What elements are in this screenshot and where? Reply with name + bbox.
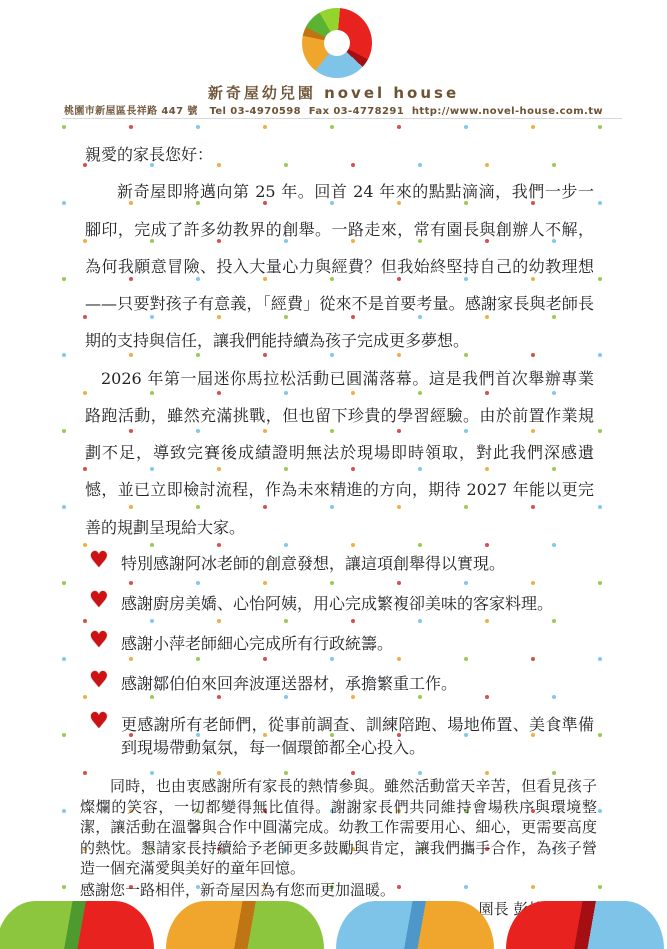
heart-bullet-icon: ♥ [89,590,109,612]
paragraph-marathon: 2026 年第一屆迷你馬拉松活動已圓滿落幕。這是我們首次舉辦專業路跑活動，雖然充… [85,360,594,546]
tel-label: Tel [209,106,226,117]
heart-bullet-icon: ♥ [89,670,109,692]
thanks-text: 感謝小萍老師細心完成所有行政統籌。 [121,634,393,653]
dome-orange-green-icon [166,901,324,949]
dome-blue-orange-icon [336,901,494,949]
fax-value: 03-4778291 [333,106,404,117]
letter-body: 親愛的家長您好： 新奇屋即將邁向第 25 年。回首 24 年來的點點滴滴，我們一… [85,136,594,920]
dome-green-red-icon [0,901,154,949]
thanks-text: 特別感謝阿冰老師的創意發想，讓這項創舉得以實現。 [121,554,505,573]
bottom-dome-border [0,900,667,949]
school-name-zh: 新奇屋幼兒園 [208,84,316,102]
heart-bullet-icon: ♥ [89,711,109,733]
greeting: 親愛的家長您好： [85,136,594,173]
thanks-list: ♥特別感謝阿冰老師的創意發想，讓這項創舉得以實現。 ♥感謝廚房美嬌、心怡阿姨，用… [85,552,594,759]
closing-paragraph: 同時，也由衷感謝所有家長的熱情參與。雖然活動當天辛苦，但看見孩子燦爛的笑容，一切… [80,776,597,879]
heart-bullet-icon: ♥ [89,630,109,652]
header-divider [62,118,622,119]
thanks-text: 感謝廚房美嬌、心怡阿姨，用心完成繁複卻美味的客家料理。 [121,594,553,613]
school-address: 桃園市新屋區長祥路 447 號 [64,106,198,117]
thanks-item: ♥更感謝所有老師們，從事前調查、訓練陪跑、場地佈置、美食準備到現場帶動氣氛，每一… [85,713,594,759]
thanks-item: ♥感謝廚房美嬌、心怡阿姨，用心完成繁複卻美味的客家料理。 [85,592,594,615]
school-pinwheel-logo-icon [302,8,372,78]
thanks-item: ♥特別感謝阿冰老師的創意發想，讓這項創舉得以實現。 [85,552,594,575]
thanks-item: ♥感謝小萍老師細心完成所有行政統籌。 [85,632,594,655]
thanks-item: ♥感謝鄒伯伯來回奔波運送器材，承擔繁重工作。 [85,672,594,695]
contact-line: 桃園市新屋區長祥路 447 號 Tel 03-4970598 Fax 03-47… [0,102,667,117]
closing-line: 感謝您一路相伴，新奇屋因為有您而更加溫暖。 [80,880,594,901]
thanks-text: 更感謝所有老師們，從事前調查、訓練陪跑、場地佈置、美食準備到現場帶動氣氛，每一個… [121,715,594,757]
school-title: 新奇屋幼兒園 novel house [0,82,667,103]
tel-value: 03-4970598 [230,106,301,117]
heart-bullet-icon: ♥ [89,550,109,572]
school-name-en: novel house [324,84,459,102]
paragraph-intro: 新奇屋即將邁向第 25 年。回首 24 年來的點點滴滴，我們一步一腳印，完成了許… [85,173,594,359]
dome-red-blue-icon [506,901,664,949]
website-url: http://www.novel-house.com.tw [412,106,603,117]
thanks-text: 感謝鄒伯伯來回奔波運送器材，承擔繁重工作。 [121,674,457,693]
fax-label: Fax [309,106,330,117]
